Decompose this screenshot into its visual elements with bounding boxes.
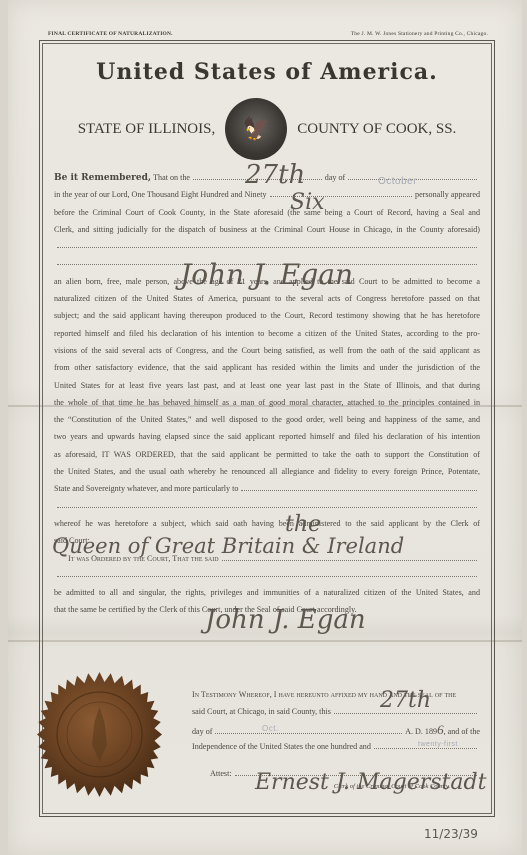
testimony-line-3: day of A. D. 189 6 , and of the [192, 721, 480, 738]
handwritten-testimony-day: 27th [380, 688, 431, 713]
body-line: from other satisfactory evidence, that t… [54, 359, 480, 376]
body-line: the United States, and the usual oath wh… [54, 463, 480, 480]
year-intro: in the year of our Lord, One Thousand Ei… [54, 186, 267, 203]
testimony-line-2: said Court, at Chicago, in said County, … [192, 703, 480, 720]
independence-text: Independence of the United States the on… [192, 738, 371, 755]
handwritten-year: Six [290, 190, 325, 215]
handwritten-applicant-name: John J. Egan [180, 258, 353, 291]
body-line: Clerk, and sitting judicially for the di… [54, 221, 480, 238]
sovereignty-text: State and Sovereignty whatever, and more… [54, 480, 238, 497]
body-line: as aforesaid, IT WAS ORDERED, that the s… [54, 446, 480, 463]
handwritten-sovereign-2: Queen of Great Britain & Ireland [52, 534, 404, 558]
testimony-city: said Court, at Chicago, in said County, … [192, 703, 331, 720]
body-line: be admitted to all and singular, the rig… [54, 584, 480, 601]
anno-domini: A. D. 189 [405, 723, 437, 738]
body-line: reported himself and filed his declarati… [54, 325, 480, 342]
court-seal-icon [37, 672, 162, 797]
testimony-month-blank [215, 724, 402, 734]
illinois-seal-icon: 🦅 [225, 98, 287, 160]
body-line: subject; and the said applicant having t… [54, 307, 480, 324]
printer-credit: The J. M. W. Jones Stationery and Printi… [351, 31, 488, 37]
stamped-month: October [378, 176, 417, 187]
pencil-note: 11/23/39 [424, 827, 478, 841]
jurisdiction-row: STATE OF ILLINOIS, 🦅 COUNTY OF COOK, SS. [40, 98, 494, 160]
body-line: visions of the said several acts of Cong… [54, 342, 480, 359]
clerk-signature: Ernest J. Magerstadt [255, 770, 486, 795]
handwritten-day: 27th [245, 160, 305, 190]
sovereign-blank-2 [54, 498, 480, 515]
document-title: United States of America. [40, 59, 494, 85]
be-it-remembered: Be it Remembered, [54, 170, 151, 186]
and-of-the: , and of the [444, 723, 480, 738]
sovereignty-line: State and Sovereignty whatever, and more… [54, 480, 480, 497]
attest-label: Attest: [210, 765, 232, 782]
body-line: two years and upwards having elapsed sin… [54, 428, 480, 445]
body-line: before the Criminal Court of Cook County… [54, 204, 480, 221]
testimony-line: In Testimony Whereof, I have hereunto af… [192, 686, 480, 703]
body-line: the “Constitution of the United States,”… [54, 411, 480, 428]
body-line: whereof he was heretofore a subject, whi… [54, 515, 480, 532]
day-of-label: day of [325, 169, 345, 186]
name-blank-1 [54, 238, 480, 255]
form-title: FINAL CERTIFICATE OF NATURALIZATION. [48, 31, 173, 37]
state-label: STATE OF ILLINOIS, [78, 121, 216, 138]
county-label: COUNTY OF COOK, SS. [297, 121, 456, 138]
appeared-label: personally appeared [415, 186, 480, 203]
body-line: naturalized citizen of the United States… [54, 290, 480, 307]
name-blank-4 [54, 567, 480, 584]
body-line: United States for at least five years la… [54, 377, 480, 394]
handwritten-applicant-name-2: John J. Egan [205, 605, 366, 635]
stamped-independence-year: twenty-first [418, 741, 458, 748]
date-intro: That on the [153, 169, 190, 186]
sovereign-blank [241, 481, 477, 491]
stamped-testimony-month: Oct. [262, 724, 279, 733]
body-line: the whole of that time he has behaved hi… [54, 394, 480, 411]
form-header: FINAL CERTIFICATE OF NATURALIZATION. The… [48, 31, 488, 37]
day-of-label: day of [192, 723, 212, 738]
